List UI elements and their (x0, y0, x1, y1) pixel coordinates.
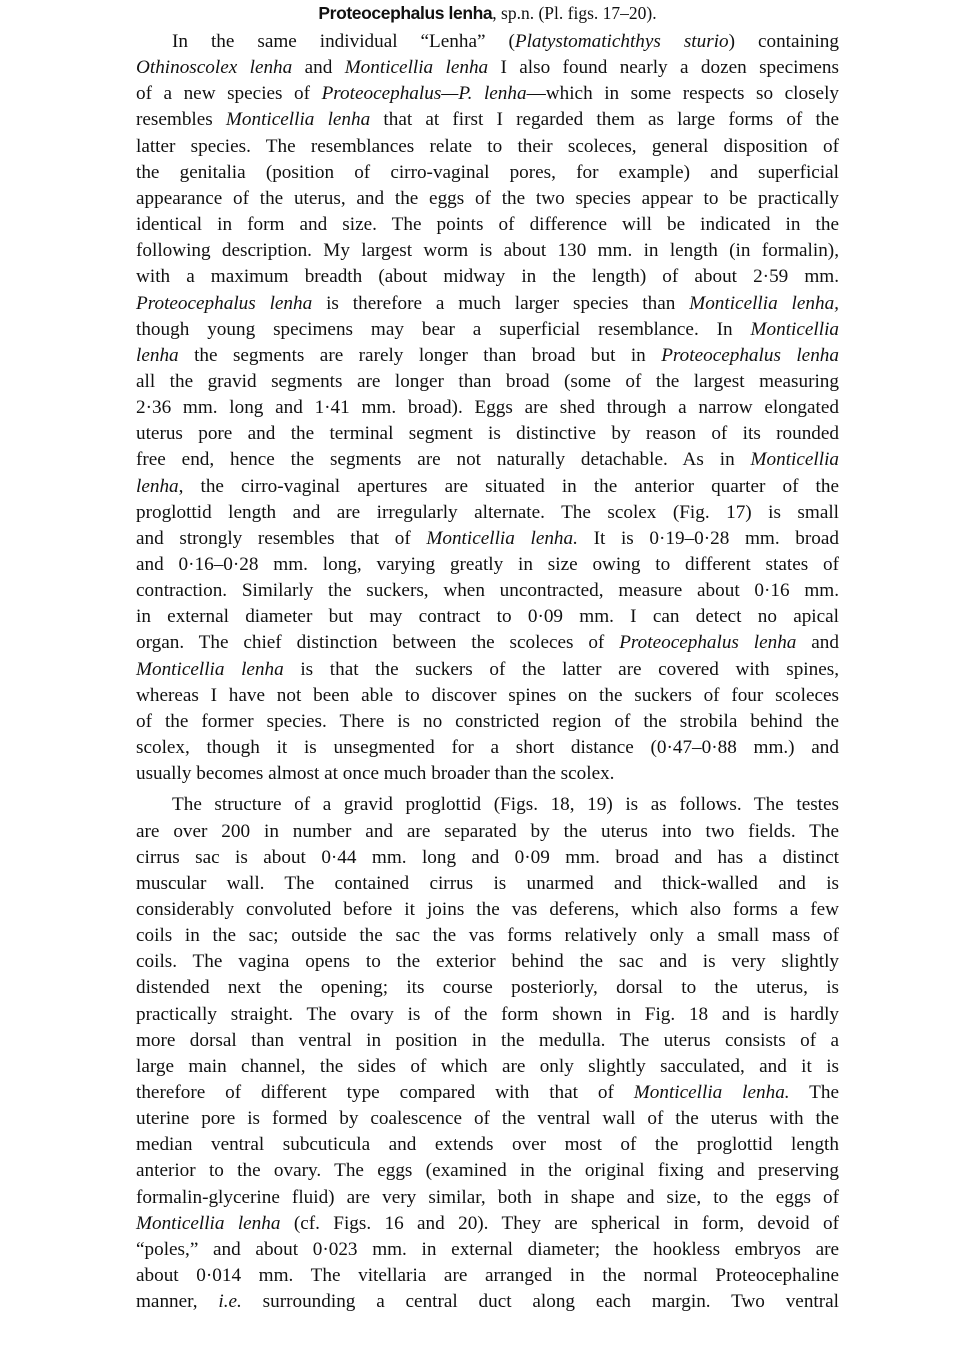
roman-text: uterus pore and the terminal segment is … (136, 423, 839, 444)
roman-text: I also found nearly a dozen specimens (488, 57, 839, 78)
roman-text: practically straight. The ovary is of th… (136, 1004, 839, 1025)
text-line: median ventral subcuticula and extends o… (136, 1132, 839, 1158)
text-line: therefore of different type compared wit… (136, 1080, 839, 1106)
text-line: identical in form and size. The points o… (136, 212, 839, 238)
text-line: of a new species of Proteocephalus—P. le… (136, 81, 839, 107)
roman-text: “poles,” and about 0·023 mm. in external… (136, 1239, 839, 1260)
roman-text: —which in some respects so closely (527, 83, 839, 104)
italic-text: lenha (136, 476, 179, 497)
text-line: The structure of a gravid proglottid (Fi… (136, 792, 839, 818)
roman-text: are over 200 in number and are separated… (136, 821, 839, 842)
text-line: cirrus sac is about 0·44 mm. long and 0·… (136, 845, 839, 871)
italic-text: Monticellia lenha (345, 57, 488, 78)
text-line: with a maximum breadth (about midway in … (136, 264, 839, 290)
text-line: appearance of the uterus, and the eggs o… (136, 186, 839, 212)
italic-text: i.e. (218, 1291, 241, 1312)
text-line: usually becomes almost at once much broa… (136, 761, 839, 787)
roman-text: formalin-glycerine fluid) are very simil… (136, 1187, 839, 1208)
italic-text: Monticellia lenha, (689, 293, 839, 314)
text-line: muscular wall. The contained cirrus is u… (136, 871, 839, 897)
roman-text: median ventral subcuticula and extends o… (136, 1134, 839, 1155)
italic-text: Monticellia (751, 449, 839, 470)
text-line: large main channel, the sides of which a… (136, 1054, 839, 1080)
roman-text: distended next the opening; its course p… (136, 977, 839, 998)
text-line: scolex, though it is unsegmented for a s… (136, 735, 839, 761)
text-line: about 0·014 mm. The vitellaria are arran… (136, 1263, 839, 1289)
roman-text: and (796, 632, 839, 653)
roman-text: organ. The chief distinction between the… (136, 632, 619, 653)
text-line: the genitalia (position of cirro-vaginal… (136, 160, 839, 186)
roman-text: latter species. The resemblances relate … (136, 136, 839, 157)
roman-text: more dorsal than ventral in position in … (136, 1030, 839, 1051)
text-line: resembles Monticellia lenha that at firs… (136, 107, 839, 133)
italic-text: Monticellia lenha (136, 659, 284, 680)
roman-text: of the former species. There is no const… (136, 711, 839, 732)
roman-text: and 0·16–0·28 mm. long, varying greatly … (136, 554, 839, 575)
text-line: uterine pore is formed by coalescence of… (136, 1106, 839, 1132)
roman-text: therefore of different type compared wit… (136, 1082, 634, 1103)
text-line: 2·36 mm. long and 1·41 mm. broad). Eggs … (136, 395, 839, 421)
heading-suffix: , sp.n. (Pl. figs. 17–20). (492, 3, 656, 23)
text-line: following description. My largest worm i… (136, 238, 839, 264)
roman-text: ) containing (729, 31, 839, 52)
roman-text: identical in form and size. The points o… (136, 214, 839, 235)
text-line: all the gravid segments are longer than … (136, 369, 839, 395)
roman-text: in external diameter but may contract to… (136, 606, 839, 627)
roman-text: all the gravid segments are longer than … (136, 371, 839, 392)
text-line: In the same individual “Lenha” (Platysto… (136, 29, 839, 55)
roman-text: appearance of the uterus, and the eggs o… (136, 188, 839, 209)
roman-text: with a maximum breadth (about midway in … (136, 266, 839, 287)
roman-text: manner, (136, 1291, 218, 1312)
italic-text: Monticellia lenha (136, 1213, 280, 1234)
roman-text: proglottid length and are irregularly al… (136, 502, 839, 523)
text-line: Monticellia lenha (cf. Figs. 16 and 20).… (136, 1211, 839, 1237)
text-line: Othinoscolex lenha and Monticellia lenha… (136, 55, 839, 81)
italic-text: Proteocephalus lenha (619, 632, 796, 653)
text-line: contraction. Similarly the suckers, when… (136, 578, 839, 604)
text-line: practically straight. The ovary is of th… (136, 1002, 839, 1028)
section-heading: Proteocephalus lenha, sp.n. (Pl. figs. 1… (136, 2, 839, 24)
text-line: uterus pore and the terminal segment is … (136, 421, 839, 447)
roman-text: following description. My largest worm i… (136, 240, 839, 261)
text-line: and strongly resembles that of Monticell… (136, 526, 839, 552)
roman-text: surrounding a central duct along each ma… (242, 1291, 839, 1312)
italic-text: Monticellia lenha. (426, 528, 578, 549)
roman-text: resembles (136, 109, 226, 130)
italic-text: Proteocephalus lenha (661, 345, 839, 366)
italic-text: Proteocephalus—P. lenha (322, 83, 527, 104)
text-line: considerably convoluted before it joins … (136, 897, 839, 923)
text-line: lenha the segments are rarely longer tha… (136, 343, 839, 369)
roman-text: coils. The vagina opens to the exterior … (136, 951, 839, 972)
roman-text: and strongly resembles that of (136, 528, 426, 549)
roman-text: contraction. Similarly the suckers, when… (136, 580, 839, 601)
text-line: formalin-glycerine fluid) are very simil… (136, 1185, 839, 1211)
text-line: more dorsal than ventral in position in … (136, 1028, 839, 1054)
text-line: in external diameter but may contract to… (136, 604, 839, 630)
roman-text: The structure of a gravid proglottid (Fi… (172, 794, 839, 815)
italic-text: Proteocephalus lenha (136, 293, 312, 314)
italic-text: Monticellia (751, 319, 839, 340)
text-line: latter species. The resemblances relate … (136, 134, 839, 160)
text-line: coils in the sac; outside the sac the va… (136, 923, 839, 949)
text-line: proglottid length and are irregularly al… (136, 500, 839, 526)
roman-text: considerably convoluted before it joins … (136, 899, 839, 920)
text-line: anterior to the ovary. The eggs (examine… (136, 1158, 839, 1184)
italic-text: Monticellia lenha. (634, 1082, 790, 1103)
roman-text: the segments are rarely longer than broa… (179, 345, 662, 366)
roman-text: large main channel, the sides of which a… (136, 1056, 839, 1077)
italic-text: Platystomatichthys sturio (515, 31, 729, 52)
roman-text: uterine pore is formed by coalescence of… (136, 1108, 839, 1129)
text-line: distended next the opening; its course p… (136, 975, 839, 1001)
roman-text: free end, hence the segments are not nat… (136, 449, 751, 470)
text-line: are over 200 in number and are separated… (136, 819, 839, 845)
text-line: free end, hence the segments are not nat… (136, 447, 839, 473)
species-name: Proteocephalus lenha (318, 3, 492, 23)
italic-text: lenha (136, 345, 179, 366)
text-line: and 0·16–0·28 mm. long, varying greatly … (136, 552, 839, 578)
roman-text: usually becomes almost at once much broa… (136, 763, 614, 784)
roman-text: is that the suckers of the latter are co… (284, 659, 839, 680)
roman-text: about 0·014 mm. The vitellaria are arran… (136, 1265, 839, 1286)
roman-text: muscular wall. The contained cirrus is u… (136, 873, 839, 894)
italic-text: Monticellia lenha (226, 109, 370, 130)
roman-text: (cf. Figs. 16 and 20). They are spherica… (280, 1213, 839, 1234)
roman-text: scolex, though it is unsegmented for a s… (136, 737, 839, 758)
roman-text: coils in the sac; outside the sac the va… (136, 925, 839, 946)
text-line: “poles,” and about 0·023 mm. in external… (136, 1237, 839, 1263)
roman-text: It is 0·19–0·28 mm. broad (578, 528, 839, 549)
roman-text: the genitalia (position of cirro-vaginal… (136, 162, 839, 183)
roman-text: is therefore a much larger species than (312, 293, 689, 314)
text-line: organ. The chief distinction between the… (136, 630, 839, 656)
text-line: manner, i.e. surrounding a central duct … (136, 1289, 839, 1315)
roman-text: In the same individual “Lenha” ( (172, 31, 515, 52)
roman-text: though young specimens may bear a superf… (136, 319, 751, 340)
italic-text: Othinoscolex lenha (136, 57, 292, 78)
roman-text: 2·36 mm. long and 1·41 mm. broad). Eggs … (136, 397, 839, 418)
text-line: though young specimens may bear a superf… (136, 317, 839, 343)
text-line: coils. The vagina opens to the exterior … (136, 949, 839, 975)
roman-text: , the cirro-vaginal apertures are situat… (179, 476, 839, 497)
roman-text: that at first I regarded them as large f… (370, 109, 839, 130)
text-line: of the former species. There is no const… (136, 709, 839, 735)
roman-text: whereas I have not been able to discover… (136, 685, 839, 706)
roman-text: and (292, 57, 344, 78)
roman-text: The (790, 1082, 839, 1103)
text-line: Monticellia lenha is that the suckers of… (136, 657, 839, 683)
text-line: whereas I have not been able to discover… (136, 683, 839, 709)
roman-text: anterior to the ovary. The eggs (examine… (136, 1160, 839, 1181)
text-line: lenha, the cirro-vaginal apertures are s… (136, 474, 839, 500)
roman-text: of a new species of (136, 83, 322, 104)
text-line: Proteocephalus lenha is therefore a much… (136, 291, 839, 317)
roman-text: cirrus sac is about 0·44 mm. long and 0·… (136, 847, 839, 868)
